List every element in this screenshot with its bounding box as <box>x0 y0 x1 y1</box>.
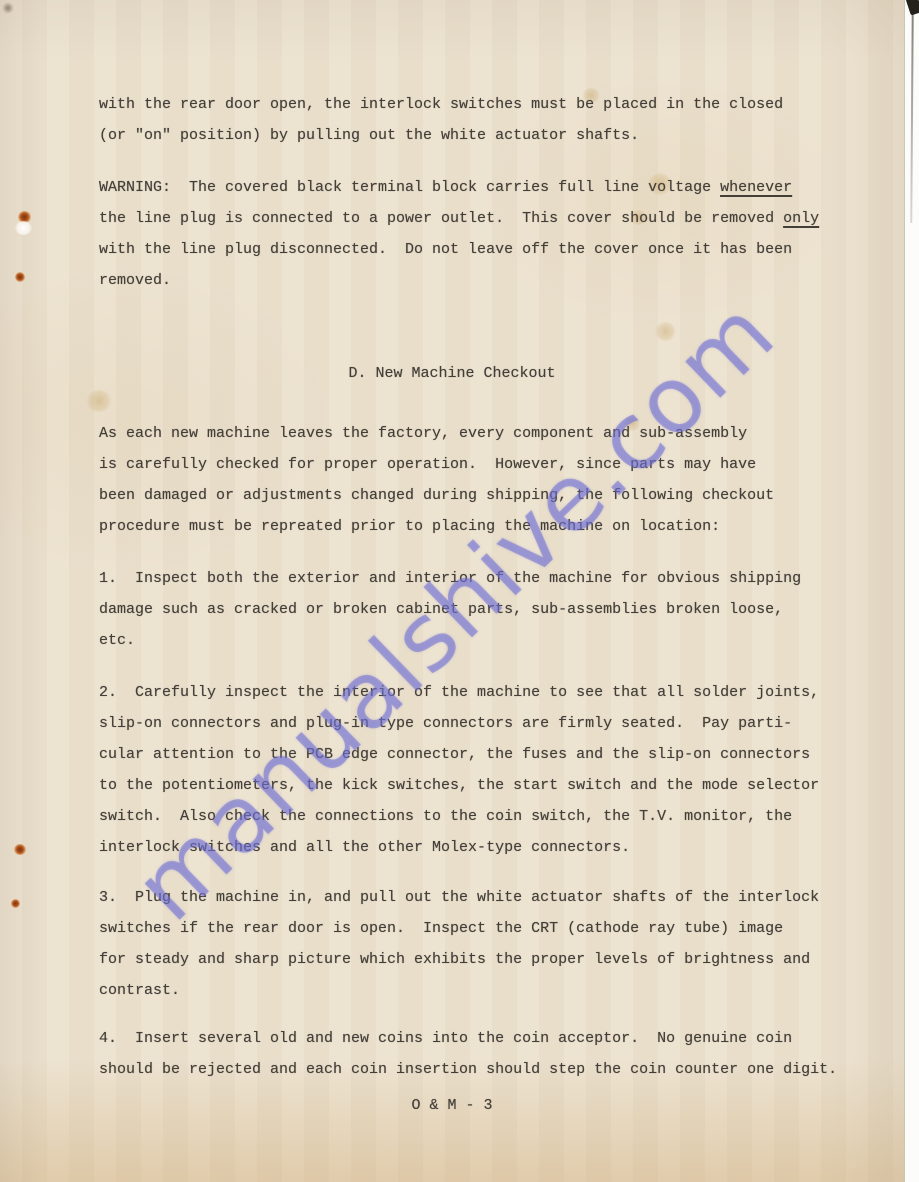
section-heading: D. New Machine Checkout <box>0 358 904 389</box>
warning-text: WARNING: The covered black terminal bloc… <box>99 179 720 196</box>
text-line: switch. Also check the connections to th… <box>99 801 819 832</box>
rust-spot <box>14 844 26 855</box>
text-line: interlock switches and all the other Mol… <box>99 832 819 863</box>
text-line: to the potentiometers, the kick switches… <box>99 770 819 801</box>
checklist-item-2: 2. Carefully inspect the interior of the… <box>99 677 819 863</box>
overview-paragraph: As each new machine leaves the factory, … <box>99 418 774 542</box>
text-line: (or "on" position) by pulling out the wh… <box>99 120 783 151</box>
text-line: etc. <box>99 625 801 656</box>
underlined-word: only <box>783 210 819 227</box>
warning-paragraph: WARNING: The covered black terminal bloc… <box>99 172 819 296</box>
text-line: contrast. <box>99 975 819 1006</box>
paper-sheet: manualshive.com with the rear door open,… <box>0 0 904 1182</box>
text-line: should be rejected and each coin inserti… <box>99 1054 837 1085</box>
paper-stain <box>655 322 676 341</box>
paper-stain <box>86 390 112 412</box>
text-line: 2. Carefully inspect the interior of the… <box>99 677 819 708</box>
text-line: switches if the rear door is open. Inspe… <box>99 913 819 944</box>
intro-paragraph: with the rear door open, the interlock s… <box>99 89 783 151</box>
text-line: 3. Plug the machine in, and pull out the… <box>99 882 819 913</box>
text-line: slip-on connectors and plug-in type conn… <box>99 708 819 739</box>
text-line: WARNING: The covered black terminal bloc… <box>99 172 819 203</box>
checklist-item-4: 4. Insert several old and new coins into… <box>99 1023 837 1085</box>
warning-text: the line plug is connected to a power ou… <box>99 210 783 227</box>
checklist-item-1: 1. Inspect both the exterior and interio… <box>99 563 801 656</box>
page-number: O & M - 3 <box>0 1090 904 1121</box>
text-line: been damaged or adjustments changed duri… <box>99 480 774 511</box>
checklist-item-3: 3. Plug the machine in, and pull out the… <box>99 882 819 1006</box>
rust-spot <box>11 899 20 908</box>
paper-hole-blob <box>15 221 32 235</box>
text-line: for steady and sharp picture which exhib… <box>99 944 819 975</box>
text-line: 4. Insert several old and new coins into… <box>99 1023 837 1054</box>
text-line: the line plug is connected to a power ou… <box>99 203 819 234</box>
scanned-document: manualshive.com with the rear door open,… <box>0 0 919 1182</box>
text-line: damage such as cracked or broken cabinet… <box>99 594 801 625</box>
text-line: procedure must be repreated prior to pla… <box>99 511 774 542</box>
text-line: with the line plug disconnected. Do not … <box>99 234 819 265</box>
scan-smudge <box>2 2 14 14</box>
text-line: As each new machine leaves the factory, … <box>99 418 774 449</box>
text-line: is carefully checked for proper operatio… <box>99 449 774 480</box>
text-line: cular attention to the PCB edge connecto… <box>99 739 819 770</box>
rust-spot <box>15 272 25 282</box>
text-line: removed. <box>99 265 819 296</box>
underlined-word: whenever <box>720 179 792 196</box>
text-line: with the rear door open, the interlock s… <box>99 89 783 120</box>
text-line: 1. Inspect both the exterior and interio… <box>99 563 801 594</box>
